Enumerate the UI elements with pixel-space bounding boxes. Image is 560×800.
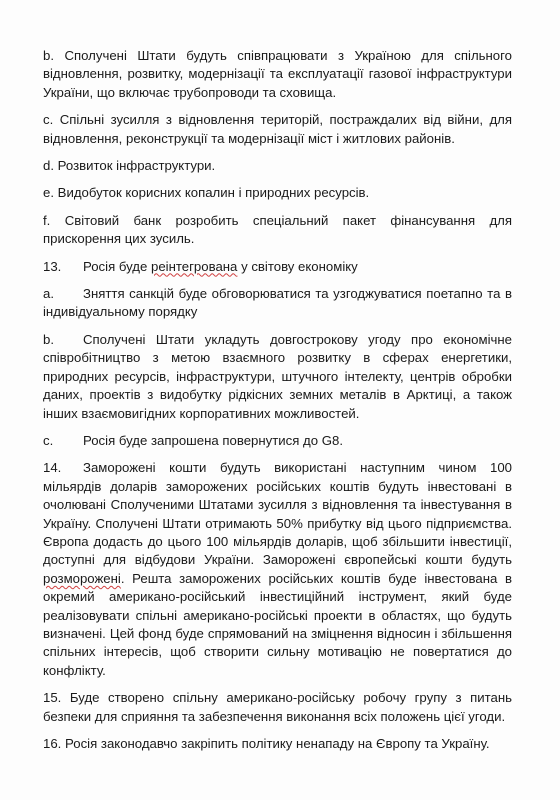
spellcheck-flagged-word[interactable]: розморожені <box>43 571 121 586</box>
list-marker: b. <box>43 48 54 63</box>
section-number: 13. <box>43 258 83 276</box>
paragraph-f-world-bank: f. Світовий банк розробить спеціальний п… <box>43 212 512 249</box>
paragraph-13a-sanctions: a.Зняття санкцій буде обговорюватися та … <box>43 285 512 322</box>
paragraph-text: Сполучені Штати укладуть довгострокову у… <box>43 332 512 421</box>
paragraph-text-before: Заморожені кошти будуть використані наст… <box>43 460 512 567</box>
section-number: 14. <box>43 459 83 477</box>
paragraph-text: Розвиток інфраструктури. <box>58 158 216 173</box>
paragraph-text: Світовий банк розробить спеціальний паке… <box>43 213 512 246</box>
paragraph-text-before: Росія буде <box>83 259 151 274</box>
paragraph-text: Сполучені Штати будуть співпрацювати з У… <box>43 48 512 100</box>
section-14-frozen-funds: 14.Заморожені кошти будуть використані н… <box>43 459 512 680</box>
paragraph-13b-economic-agreement: b.Сполучені Штати укладуть довгострокову… <box>43 331 512 423</box>
paragraph-c-reconstruction: c. Спільні зусилля з відновлення територ… <box>43 111 512 148</box>
paragraph-text-after: у світову економіку <box>237 259 357 274</box>
section-number: 16. <box>43 736 61 751</box>
paragraph-text: Зняття санкцій буде обговорюватися та уз… <box>43 286 512 319</box>
section-number: 15. <box>43 690 61 705</box>
list-marker: d. <box>43 158 54 173</box>
list-marker: c. <box>43 432 83 450</box>
list-marker: e. <box>43 185 54 200</box>
list-marker: c. <box>43 112 53 127</box>
paragraph-text: Росія буде запрошена повернутися до G8. <box>83 433 343 448</box>
section-13-heading: 13.Росія буде реінтегрована у світову ек… <box>43 258 512 276</box>
paragraph-text: Буде створено спільну американо-російськ… <box>43 690 512 723</box>
document-body: b. Сполучені Штати будуть співпрацювати … <box>43 47 512 762</box>
paragraph-e-resources: e. Видобуток корисних копалин і природни… <box>43 184 512 202</box>
paragraph-text: Росія законодавчо закріпить політику нен… <box>65 736 490 751</box>
section-15-security-group: 15. Буде створено спільну американо-росі… <box>43 689 512 726</box>
list-marker: a. <box>43 285 83 303</box>
document-page: b. Сполучені Штати будуть співпрацювати … <box>0 0 560 800</box>
section-16-non-aggression: 16. Росія законодавчо закріпить політику… <box>43 735 512 753</box>
paragraph-text-after: . Решта заморожених російських коштів бу… <box>43 571 512 678</box>
paragraph-13c-g8: c.Росія буде запрошена повернутися до G8… <box>43 432 512 450</box>
list-marker: b. <box>43 331 83 349</box>
paragraph-text: Спільні зусилля з відновлення територій,… <box>43 112 512 145</box>
paragraph-text: Видобуток корисних копалин і природних р… <box>58 185 370 200</box>
paragraph-b-gas-infrastructure: b. Сполучені Штати будуть співпрацювати … <box>43 47 512 102</box>
list-marker: f. <box>43 213 50 228</box>
spellcheck-flagged-word[interactable]: реінтегрована <box>151 259 237 274</box>
paragraph-d-infrastructure: d. Розвиток інфраструктури. <box>43 157 512 175</box>
